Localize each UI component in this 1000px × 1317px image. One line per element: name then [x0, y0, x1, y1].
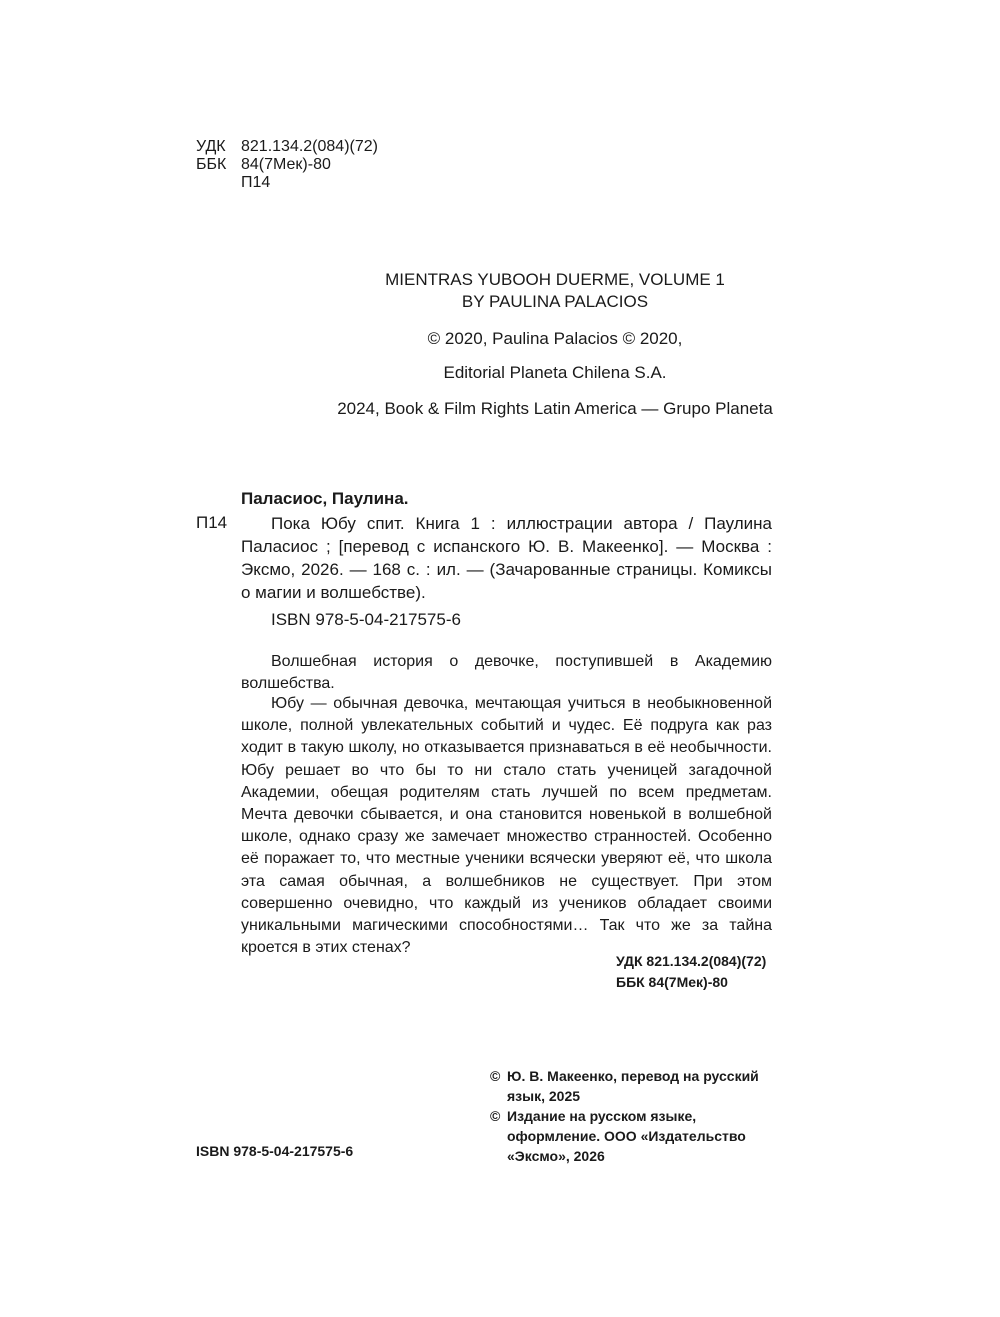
bibliographic-author-mark: П14 [196, 512, 227, 534]
copyright-edition: © Издание на русском языке, оформление. … [490, 1106, 790, 1166]
copyright-icon: © [490, 1066, 507, 1106]
footer-copyrights: © Ю. В. Макеенко, перевод на русский язы… [490, 1066, 790, 1166]
copyright-edition-text: Издание на русском языке, оформление. ОО… [507, 1106, 790, 1166]
original-title-line2: BY PAULINA PALACIOS [240, 291, 870, 313]
bibliographic-record: Пока Юбу спит. Книга 1 : иллюстрации авт… [241, 512, 772, 604]
author-mark-row: П14 [196, 174, 378, 192]
bbk-label: ББК [196, 156, 241, 174]
copyright-translation-text: Ю. В. Макеенко, перевод на русский язык,… [507, 1066, 790, 1106]
original-copyright-2: Editorial Planeta Chilena S.A. [240, 362, 870, 384]
codes-bbk: ББК 84(7Мек)-80 [616, 972, 766, 993]
bbk-row: ББК 84(7Мек)-80 [196, 156, 378, 174]
original-copyright-3: 2024, Book & Film Rights Latin America —… [240, 398, 870, 420]
author-mark: П14 [241, 174, 270, 192]
classification-block: УДК 821.134.2(084)(72) ББК 84(7Мек)-80 П… [196, 138, 378, 192]
original-copyright-1: © 2020, Paulina Palacios © 2020, [240, 328, 870, 350]
annotation-block-2: Юбу — обычная девочка, мечтающая учиться… [241, 693, 772, 959]
bibliographic-isbn: ISBN 978-5-04-217575-6 [271, 609, 461, 631]
codes-udk: УДК 821.134.2(084)(72) [616, 951, 766, 972]
annotation-block-1: Волшебная история о девочке, поступившей… [241, 651, 772, 695]
copyright-icon: © [490, 1106, 507, 1166]
footer-isbn: ISBN 978-5-04-217575-6 [196, 1141, 353, 1161]
bibliographic-author: Паласиос, Паулина. [241, 488, 409, 510]
codes-right: УДК 821.134.2(084)(72) ББК 84(7Мек)-80 [616, 951, 766, 993]
bbk-value: 84(7Мек)-80 [241, 156, 331, 174]
original-title-line1: MIENTRAS YUBOOH DUERME, VOLUME 1 [240, 269, 870, 291]
annotation-paragraph-2: Юбу — обычная девочка, мечтающая учиться… [241, 693, 772, 959]
udk-value: 821.134.2(084)(72) [241, 138, 378, 156]
annotation-paragraph-1: Волшебная история о девочке, поступившей… [241, 651, 772, 695]
udk-label: УДК [196, 138, 241, 156]
udk-row: УДК 821.134.2(084)(72) [196, 138, 378, 156]
copyright-translation: © Ю. В. Макеенко, перевод на русский язы… [490, 1066, 790, 1106]
